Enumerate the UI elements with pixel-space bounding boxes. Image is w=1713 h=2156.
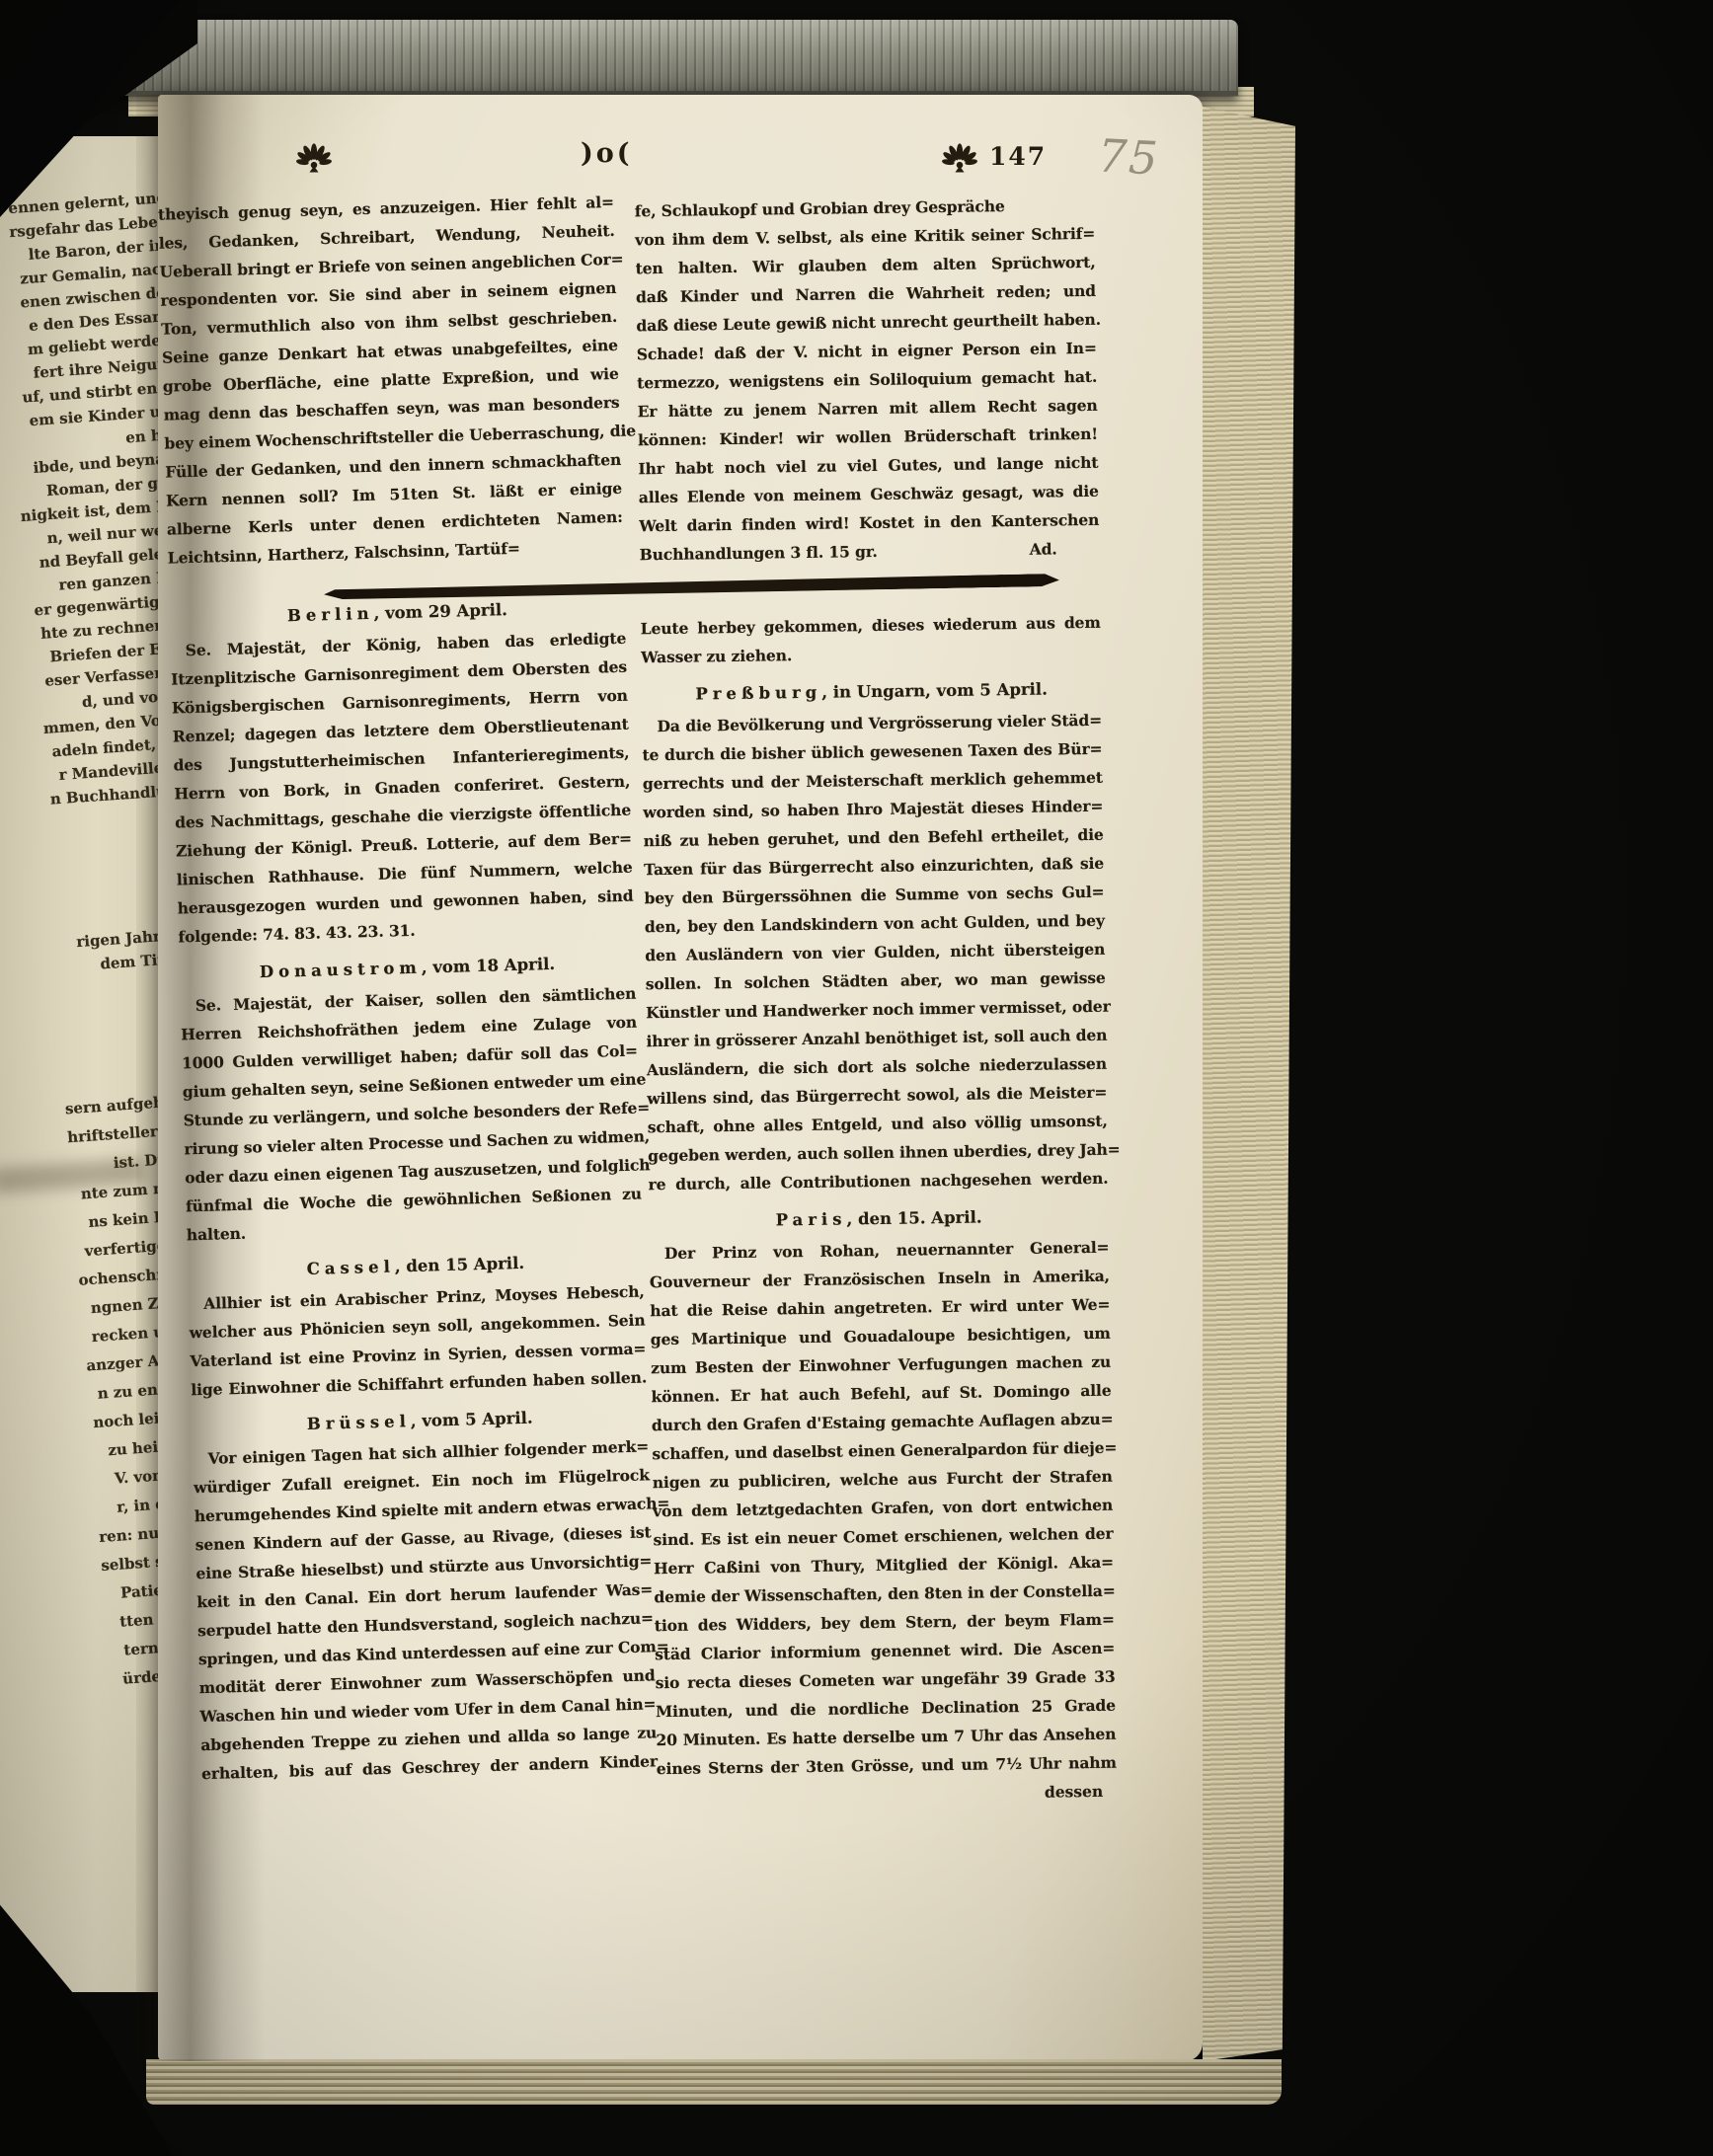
bruessel-continuation: Leute herbey gekommen, dieses wiederum a… (641, 608, 1102, 672)
section-heading: Paris, den 15. April. (649, 1206, 1109, 1232)
prev-page-text-fragment: ennen gelernt, undrsgefahr das Lebenlte … (0, 186, 180, 1732)
section-body: Se. Majestät, der Kaiser, sollen den säm… (180, 979, 643, 1250)
page-number: 147 (989, 142, 1047, 171)
news-section-pressburg: Preßburg, in Ungarn, vom 5 April. Da die… (642, 679, 1109, 1198)
shell-ornament-icon (940, 140, 979, 174)
section-body: Vor einigen Tagen hat sich allhier folge… (193, 1431, 659, 1788)
section-body: Da die Bevölkerung und Vergrösserung vie… (642, 706, 1109, 1198)
article-continuation: theyisch genug seyn, es anzuzeigen. Hier… (158, 188, 624, 573)
section-heading: Preßburg, in Ungarn, vom 5 April. (642, 679, 1102, 705)
section-heading: Berlin, vom 29 April. (169, 597, 625, 629)
prev-page-paragraph: ennen gelernt, undrsgefahr das Lebenlte … (0, 186, 180, 820)
news-section-donaustrom: Donaustrom, vom 18 April. Se. Majestät, … (179, 953, 643, 1250)
book-fore-edge (1203, 107, 1295, 2069)
news-section-bruessel: Brüssel, vom 5 April. Vor einigen Tagen … (192, 1405, 658, 1788)
page-147: )o( 147 75 theyisch genug seyn, es anzuz… (158, 95, 1203, 2061)
section-heading: Donaustrom, vom 18 April. (179, 953, 635, 984)
book-binding (45, 20, 1238, 96)
section-body: Allhier ist ein Arabischer Prinz, Moyses… (188, 1276, 647, 1404)
text-line: Wasser zu ziehen. (641, 637, 1101, 672)
handwritten-folio-number: 75 (1097, 128, 1161, 185)
text-line: re durch, alle Contributionen nachgesehe… (648, 1164, 1108, 1199)
shell-ornament-icon (294, 140, 334, 174)
prev-page-paragraph: sern aufgeheitertenhriftsteller zu erle=… (0, 1084, 180, 1732)
section-heading: Brüssel, vom 5 April. (192, 1405, 648, 1436)
prev-page-paragraph: rigen Jahr auf 52dem Titel: Der (0, 920, 180, 988)
previous-page-edge: ennen gelernt, undrsgefahr das Lebenlte … (0, 136, 180, 1992)
section-body: Der Prinz von Rohan, neuernannter Genera… (649, 1233, 1117, 1783)
text-line: Buchhandlungen 3 fl. 15 gr. Ad. (639, 534, 1099, 570)
page-bottom-edge (146, 2059, 1282, 2105)
news-section-berlin: Berlin, vom 29 April. Se. Majestät, der … (169, 597, 634, 952)
book-photo: ennen gelernt, undrsgefahr das Lebenlte … (0, 0, 1713, 2156)
news-section-cassel: Cassel, den 15 April. Allhier ist ein Ar… (188, 1250, 648, 1404)
header-signature-mark: )o( (581, 138, 633, 169)
left-text-column: theyisch genug seyn, es anzuzeigen. Hier… (158, 188, 659, 1788)
news-section-paris: Paris, den 15. April. Der Prinz von Roha… (649, 1206, 1117, 1783)
article-continuation: fe, Schlaukopf und Grobian drey Gespräch… (635, 191, 1100, 569)
right-text-column: fe, Schlaukopf und Grobian drey Gespräch… (635, 191, 1118, 1811)
section-body: Se. Majestät, der König, haben das erled… (170, 624, 635, 952)
section-heading: Cassel, den 15 April. (188, 1250, 644, 1281)
